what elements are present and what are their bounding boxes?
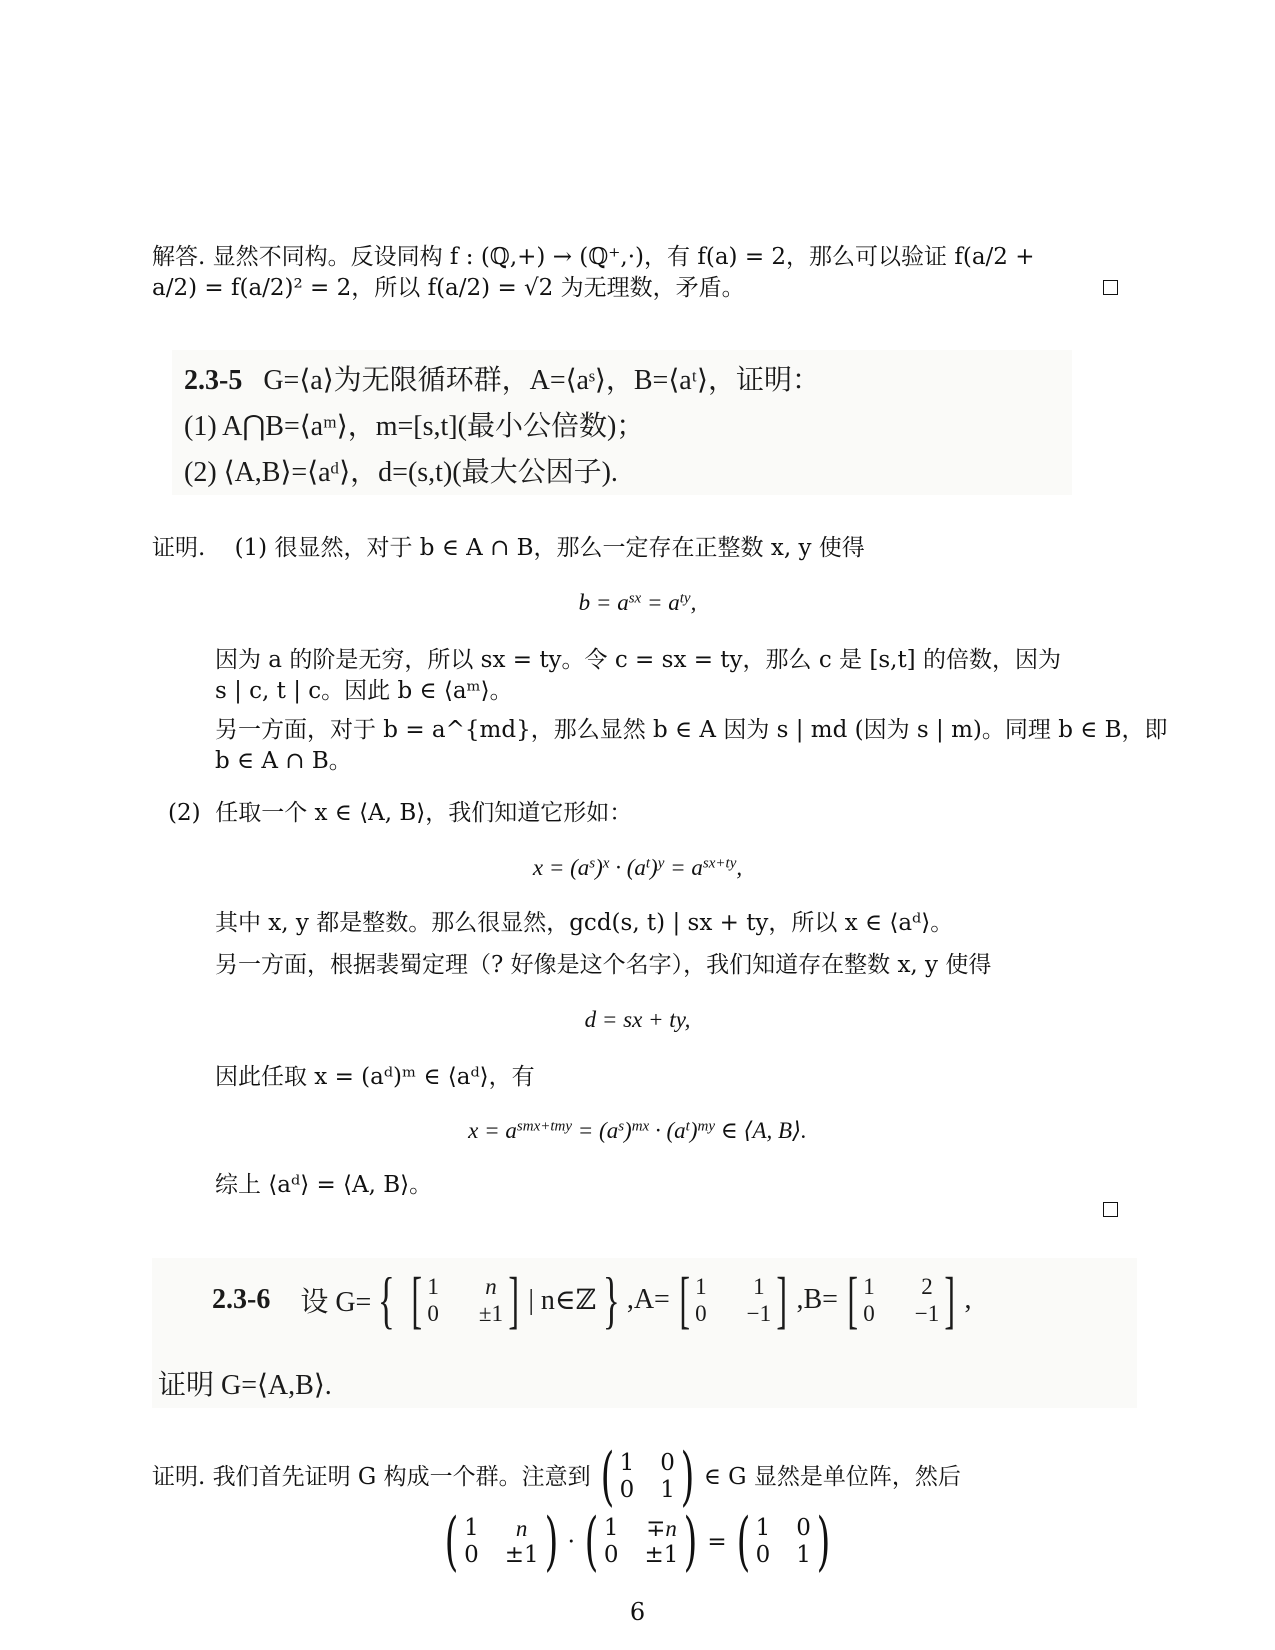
trailing-comma: , — [965, 1284, 972, 1316]
proof-1-intro: 证明. (1) 很显然，对于 b ∈ A ∩ B，那么一定存在正整数 x, y … — [152, 533, 865, 564]
right-brace-icon: } — [603, 1268, 620, 1332]
part-2-para-1: 其中 x, y 都是整数。那么很显然，gcd(s, t) | sx + ty，所… — [215, 908, 953, 939]
proof-label: 证明. — [152, 1462, 205, 1493]
problem-2-3-5-line-1: 2.3-5 G=⟨a⟩为无限循环群，A=⟨aˢ⟩，B=⟨aᵗ⟩，证明： — [184, 358, 820, 398]
problem-2-3-5-line-2: (1) A⋂B=⟨aᵐ⟩，m=[s,t](最小公倍数)； — [184, 404, 644, 444]
part-1-intro: 很显然，对于 b ∈ A ∩ B，那么一定存在正整数 x, y 使得 — [274, 535, 864, 561]
product-matrix-2: ( 1∓n 0±1 ) — [579, 1510, 703, 1574]
problem-2-3-6-line-1: 2.3-6 设 G= { [ 1n 0±1 ] | n∈ℤ } ,A= [ 11… — [212, 1268, 972, 1332]
left-brace-icon: { — [378, 1268, 395, 1332]
answer-line-2: a/2) = f(a/2)² = 2，所以 f(a/2) = √2 为无理数，矛… — [152, 273, 745, 304]
part-2-intro-line: (2) 任取一个 x ∈ ⟨A, B⟩，我们知道它形如： — [168, 798, 632, 829]
equation-b: b = asx = aty, — [0, 587, 1275, 618]
part-2-para-3: 因此任取 x = (aᵈ)ᵐ ∈ ⟨aᵈ⟩，有 — [215, 1062, 535, 1093]
part-1-para-2-line-2: b ∈ A ∩ B。 — [215, 746, 352, 777]
B-label: ,B= — [796, 1284, 837, 1316]
answer-text-1: 显然不同构。反设同构 f : (ℚ,+) → (ℚ⁺,·)，有 f(a) = 2… — [213, 244, 1035, 270]
proof-2-intro-before: 我们首先证明 G 构成一个群。注意到 — [213, 1462, 591, 1493]
proof-2-intro-after: ∈ G 显然是单位阵，然后 — [704, 1462, 961, 1493]
problem-prefix: 设 G= — [300, 1280, 371, 1320]
part-2-marker: (2) — [168, 800, 201, 826]
problem-2-3-6-scan: 2.3-6 设 G= { [ 1n 0±1 ] | n∈ℤ } ,A= [ 11… — [152, 1258, 1137, 1408]
A-label: ,A= — [627, 1284, 670, 1316]
problem-2-3-5-line-3: (2) ⟨A,B⟩=⟨aᵈ⟩，d=(s,t)(最大公因子). — [184, 450, 618, 490]
part-1-para-1-line-2: s | c, t | c。因此 b ∈ ⟨aᵐ⟩。 — [215, 676, 513, 707]
page-number: 6 — [0, 1598, 1275, 1626]
part-1-para-1-line-1: 因为 a 的阶是无穷，所以 sx = ty。令 c = sx = ty，那么 c… — [215, 645, 1061, 676]
matrix-product-equation: ( 1n 0±1 ) · ( 1∓n 0±1 ) = ( 10 01 ) — [0, 1510, 1275, 1574]
answer-text-2: a/2) = f(a/2)² = 2，所以 f(a/2) = √2 为无理数，矛… — [152, 275, 745, 301]
matrix-A: [ 11 0−1 ] — [674, 1268, 793, 1332]
answer-label: 解答. — [152, 244, 205, 270]
set-matrix: [ 1n 0±1 ] — [406, 1268, 524, 1332]
product-result-matrix: ( 10 01 ) — [731, 1510, 836, 1574]
equation-bezout: d = sx + ty, — [0, 1004, 1275, 1035]
part-2-intro: 任取一个 x ∈ ⟨A, B⟩，我们知道它形如： — [215, 800, 632, 826]
set-condition: | n∈ℤ — [528, 1283, 596, 1317]
equation-x-form: x = (as)x · (at)y = asx+ty, — [0, 852, 1275, 883]
problem-number: 2.3-6 — [212, 1284, 270, 1316]
proof-2-intro: 证明. 我们首先证明 G 构成一个群。注意到 ( 10 01 ) ∈ G 显然是… — [152, 1445, 961, 1509]
qed-square-icon — [1103, 1202, 1118, 1217]
identity-matrix: ( 10 01 ) — [595, 1445, 700, 1509]
problem-2-3-6-line-2: 证明 G=⟨A,B⟩. — [158, 1363, 332, 1403]
matrix-B: [ 12 0−1 ] — [842, 1268, 961, 1332]
part-2-conclusion: 综上 ⟨aᵈ⟩ = ⟨A, B⟩。 — [215, 1170, 432, 1201]
equation-x-expansion: x = asmx+tmy = (as)mx · (at)my ∈ ⟨A, B⟩. — [0, 1115, 1275, 1146]
problem-statement: G=⟨a⟩为无限循环群，A=⟨aˢ⟩，B=⟨aᵗ⟩，证明： — [263, 365, 820, 396]
answer-line-1: 解答. 显然不同构。反设同构 f : (ℚ,+) → (ℚ⁺,·)，有 f(a)… — [152, 242, 1035, 273]
part-1-para-2-line-1: 另一方面，对于 b = a^{md}，那么显然 b ∈ A 因为 s | md … — [215, 715, 1167, 746]
product-equals: = — [707, 1527, 726, 1558]
part-1-marker: (1) — [235, 535, 268, 561]
part-2-para-2: 另一方面，根据裴蜀定理（? 好像是这个名字），我们知道存在整数 x, y 使得 — [215, 950, 991, 981]
product-matrix-1: ( 1n 0±1 ) — [439, 1510, 563, 1574]
proof-label: 证明. — [152, 535, 205, 561]
problem-2-3-5-scan: 2.3-5 G=⟨a⟩为无限循环群，A=⟨aˢ⟩，B=⟨aᵗ⟩，证明： (1) … — [172, 350, 1072, 495]
qed-square-icon — [1103, 280, 1118, 295]
problem-number: 2.3-5 — [184, 365, 242, 396]
product-dot: · — [568, 1527, 575, 1558]
